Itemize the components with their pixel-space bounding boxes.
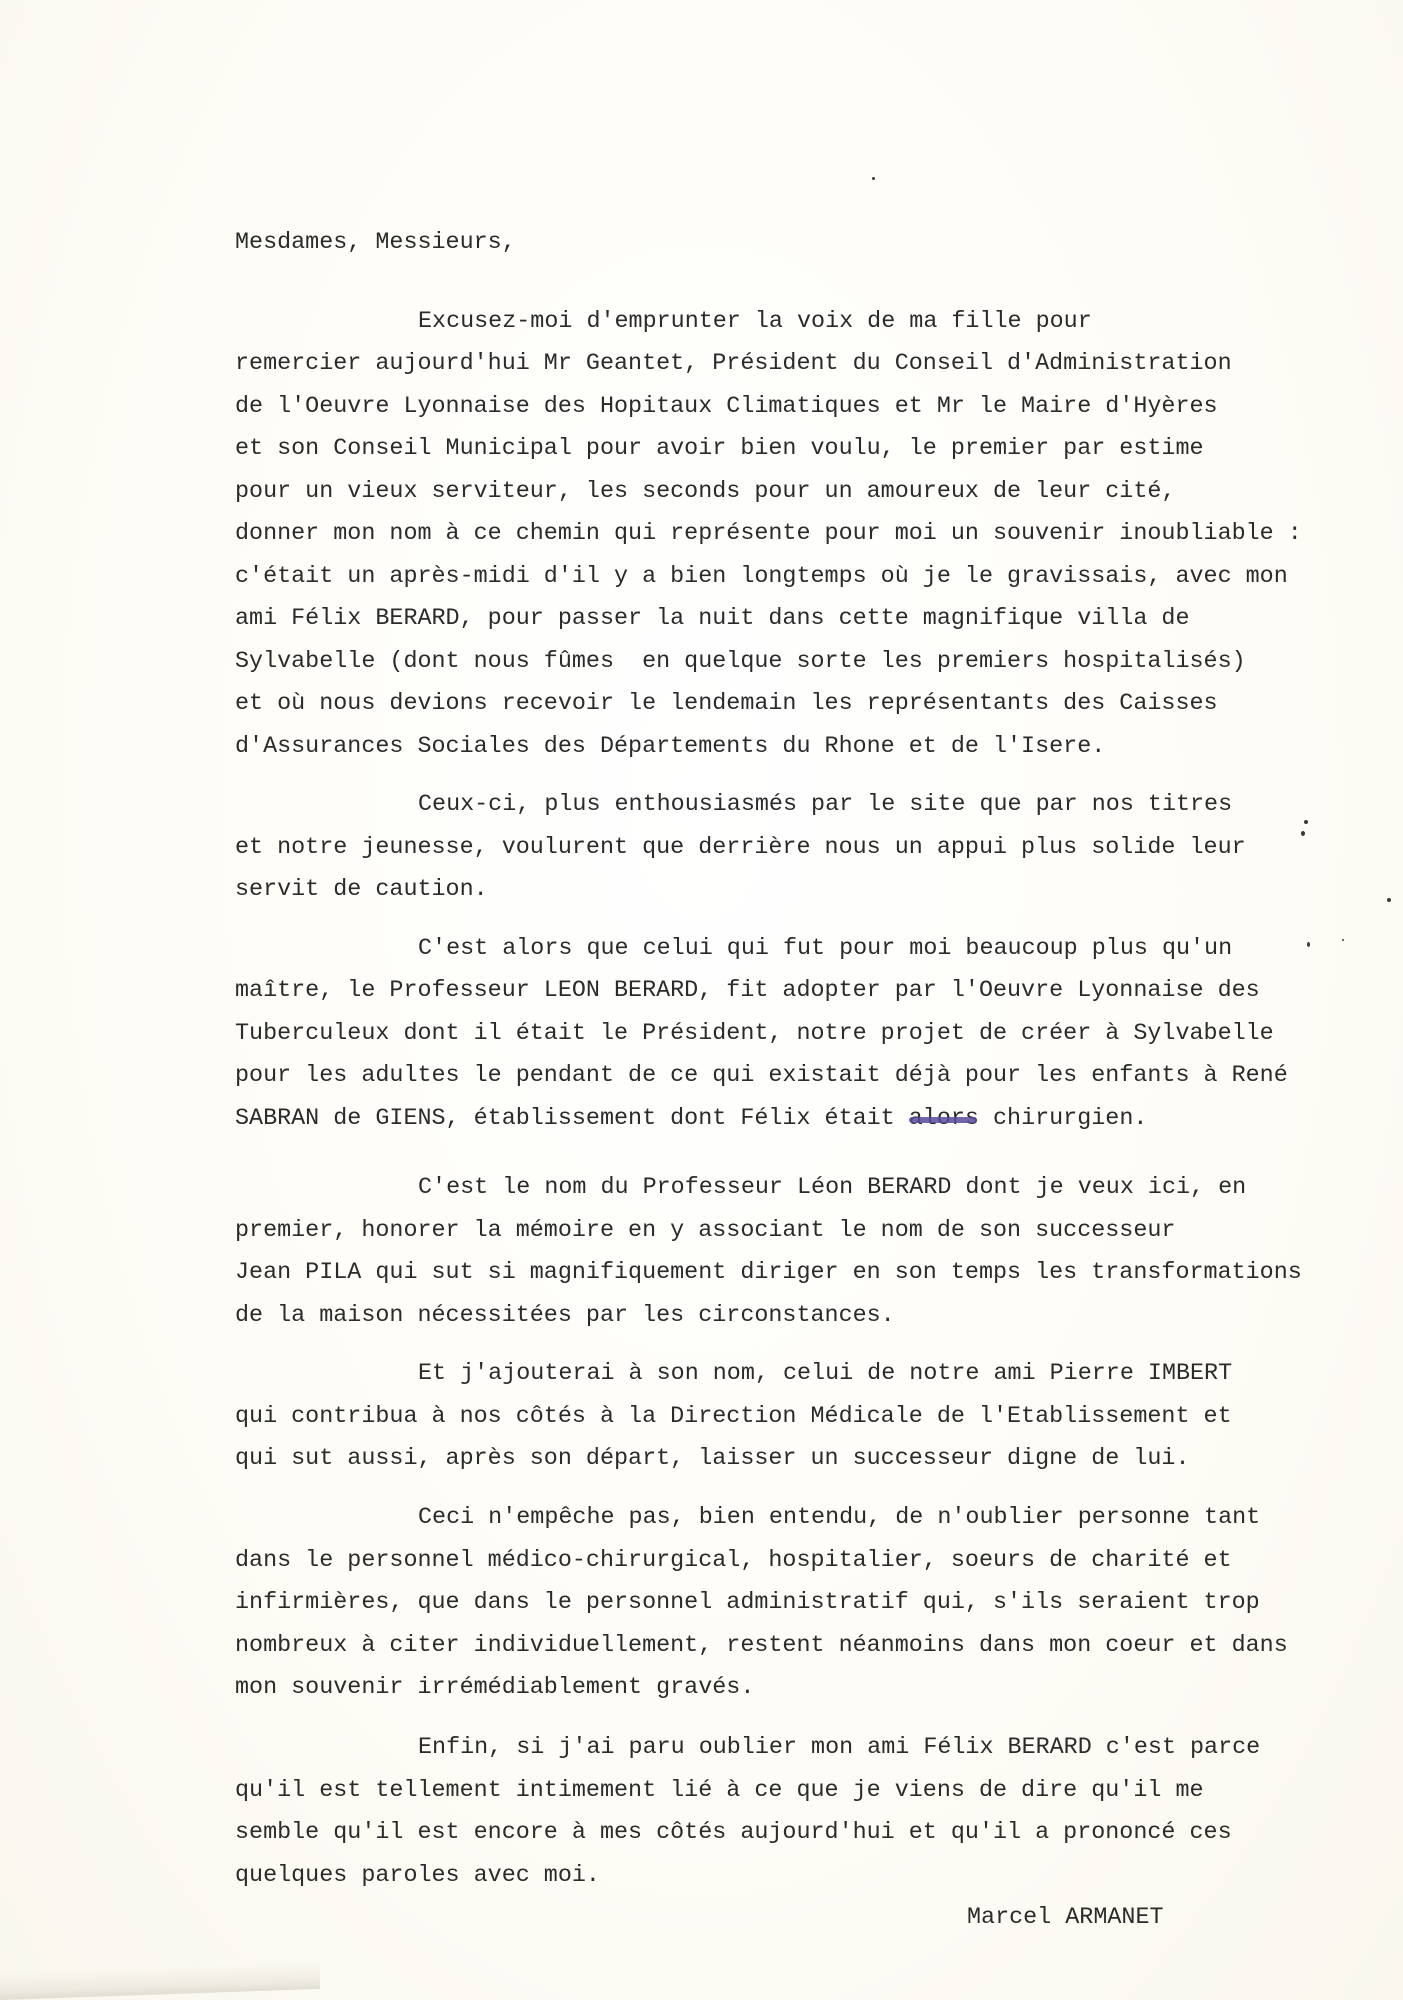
scan-speck — [1304, 820, 1308, 824]
paragraph-line: de la maison nécessitées par les circons… — [235, 1301, 895, 1331]
paragraph-line: maître, le Professeur LEON BERARD, fit a… — [235, 976, 1260, 1006]
paragraph-line: donner mon nom à ce chemin qui représent… — [235, 519, 1302, 549]
paragraph-line: infirmières, que dans le personnel admin… — [235, 1588, 1260, 1618]
signature: Marcel ARMANET — [967, 1903, 1164, 1933]
paragraph-line: remercier aujourd'hui Mr Geantet, Présid… — [235, 349, 1232, 379]
paragraph-line: Enfin, si j'ai paru oublier mon ami Féli… — [418, 1733, 1260, 1763]
paragraph-line: C'est le nom du Professeur Léon BERARD d… — [418, 1173, 1246, 1203]
paragraph-line: Et j'ajouterai à son nom, celui de notre… — [418, 1359, 1232, 1389]
scan-speck — [1342, 939, 1344, 941]
scan-speck — [1301, 831, 1305, 836]
paragraph-line: quelques paroles avec moi. — [235, 1861, 600, 1891]
paragraph-line: Ceux-ci, plus enthousiasmés par le site … — [418, 790, 1232, 820]
scan-speck — [1307, 942, 1310, 947]
struck-through-word: alors — [909, 1106, 979, 1132]
paragraph-line: et où nous devions recevoir le lendemain… — [235, 689, 1218, 719]
salutation: Mesdames, Messieurs, — [235, 228, 516, 258]
paragraph-line: pour un vieux serviteur, les seconds pou… — [235, 477, 1175, 507]
paragraph-line: pour les adultes le pendant de ce qui ex… — [235, 1061, 1288, 1091]
letter-page: Mesdames, Messieurs, Excusez-moi d'empru… — [0, 0, 1403, 2000]
paragraph-line: C'est alors que celui qui fut pour moi b… — [418, 934, 1232, 964]
paragraph-line: Excusez-moi d'emprunter la voix de ma fi… — [418, 307, 1092, 337]
paragraph-line: qui contribua à nos côtés à la Direction… — [235, 1402, 1232, 1432]
paragraph-line: dans le personnel médico-chirurgical, ho… — [235, 1546, 1232, 1576]
paragraph-line: Jean PILA qui sut si magnifiquement diri… — [235, 1258, 1302, 1288]
scan-speck — [1387, 898, 1391, 902]
paragraph-line: qui sut aussi, après son départ, laisser… — [235, 1444, 1190, 1474]
paragraph-line: servit de caution. — [235, 875, 488, 905]
paragraph-line: Ceci n'empêche pas, bien entendu, de n'o… — [418, 1503, 1260, 1533]
paragraph-line: Sylvabelle (dont nous fûmes en quelque s… — [235, 647, 1246, 677]
paragraph-line: nombreux à citer individuellement, reste… — [235, 1631, 1288, 1661]
line-text-before: SABRAN de GIENS, établissement dont Féli… — [235, 1106, 909, 1132]
paragraph-line: ami Félix BERARD, pour passer la nuit da… — [235, 604, 1190, 634]
scan-speck — [872, 177, 875, 180]
paragraph-line: d'Assurances Sociales des Départements d… — [235, 732, 1105, 762]
paragraph-line: c'était un après-midi d'il y a bien long… — [235, 562, 1288, 592]
paragraph-line: qu'il est tellement intimement lié à ce … — [235, 1776, 1204, 1806]
paragraph-line: de l'Oeuvre Lyonnaise des Hopitaux Clima… — [235, 392, 1218, 422]
scan-edge-artifact — [0, 1961, 320, 2000]
paragraph-line: premier, honorer la mémoire en y associa… — [235, 1216, 1175, 1246]
paragraph-line: et notre jeunesse, voulurent que derrièr… — [235, 833, 1246, 863]
paragraph-line: mon souvenir irrémédiablement gravés. — [235, 1673, 754, 1703]
paragraph-line: Tuberculeux dont il était le Président, … — [235, 1019, 1274, 1049]
paragraph-line: semble qu'il est encore à mes côtés aujo… — [235, 1818, 1232, 1848]
line-text-after: chirurgien. — [979, 1106, 1147, 1132]
paragraph-line-with-correction: SABRAN de GIENS, établissement dont Féli… — [235, 1104, 1147, 1134]
paragraph-line: et son Conseil Municipal pour avoir bien… — [235, 434, 1204, 464]
